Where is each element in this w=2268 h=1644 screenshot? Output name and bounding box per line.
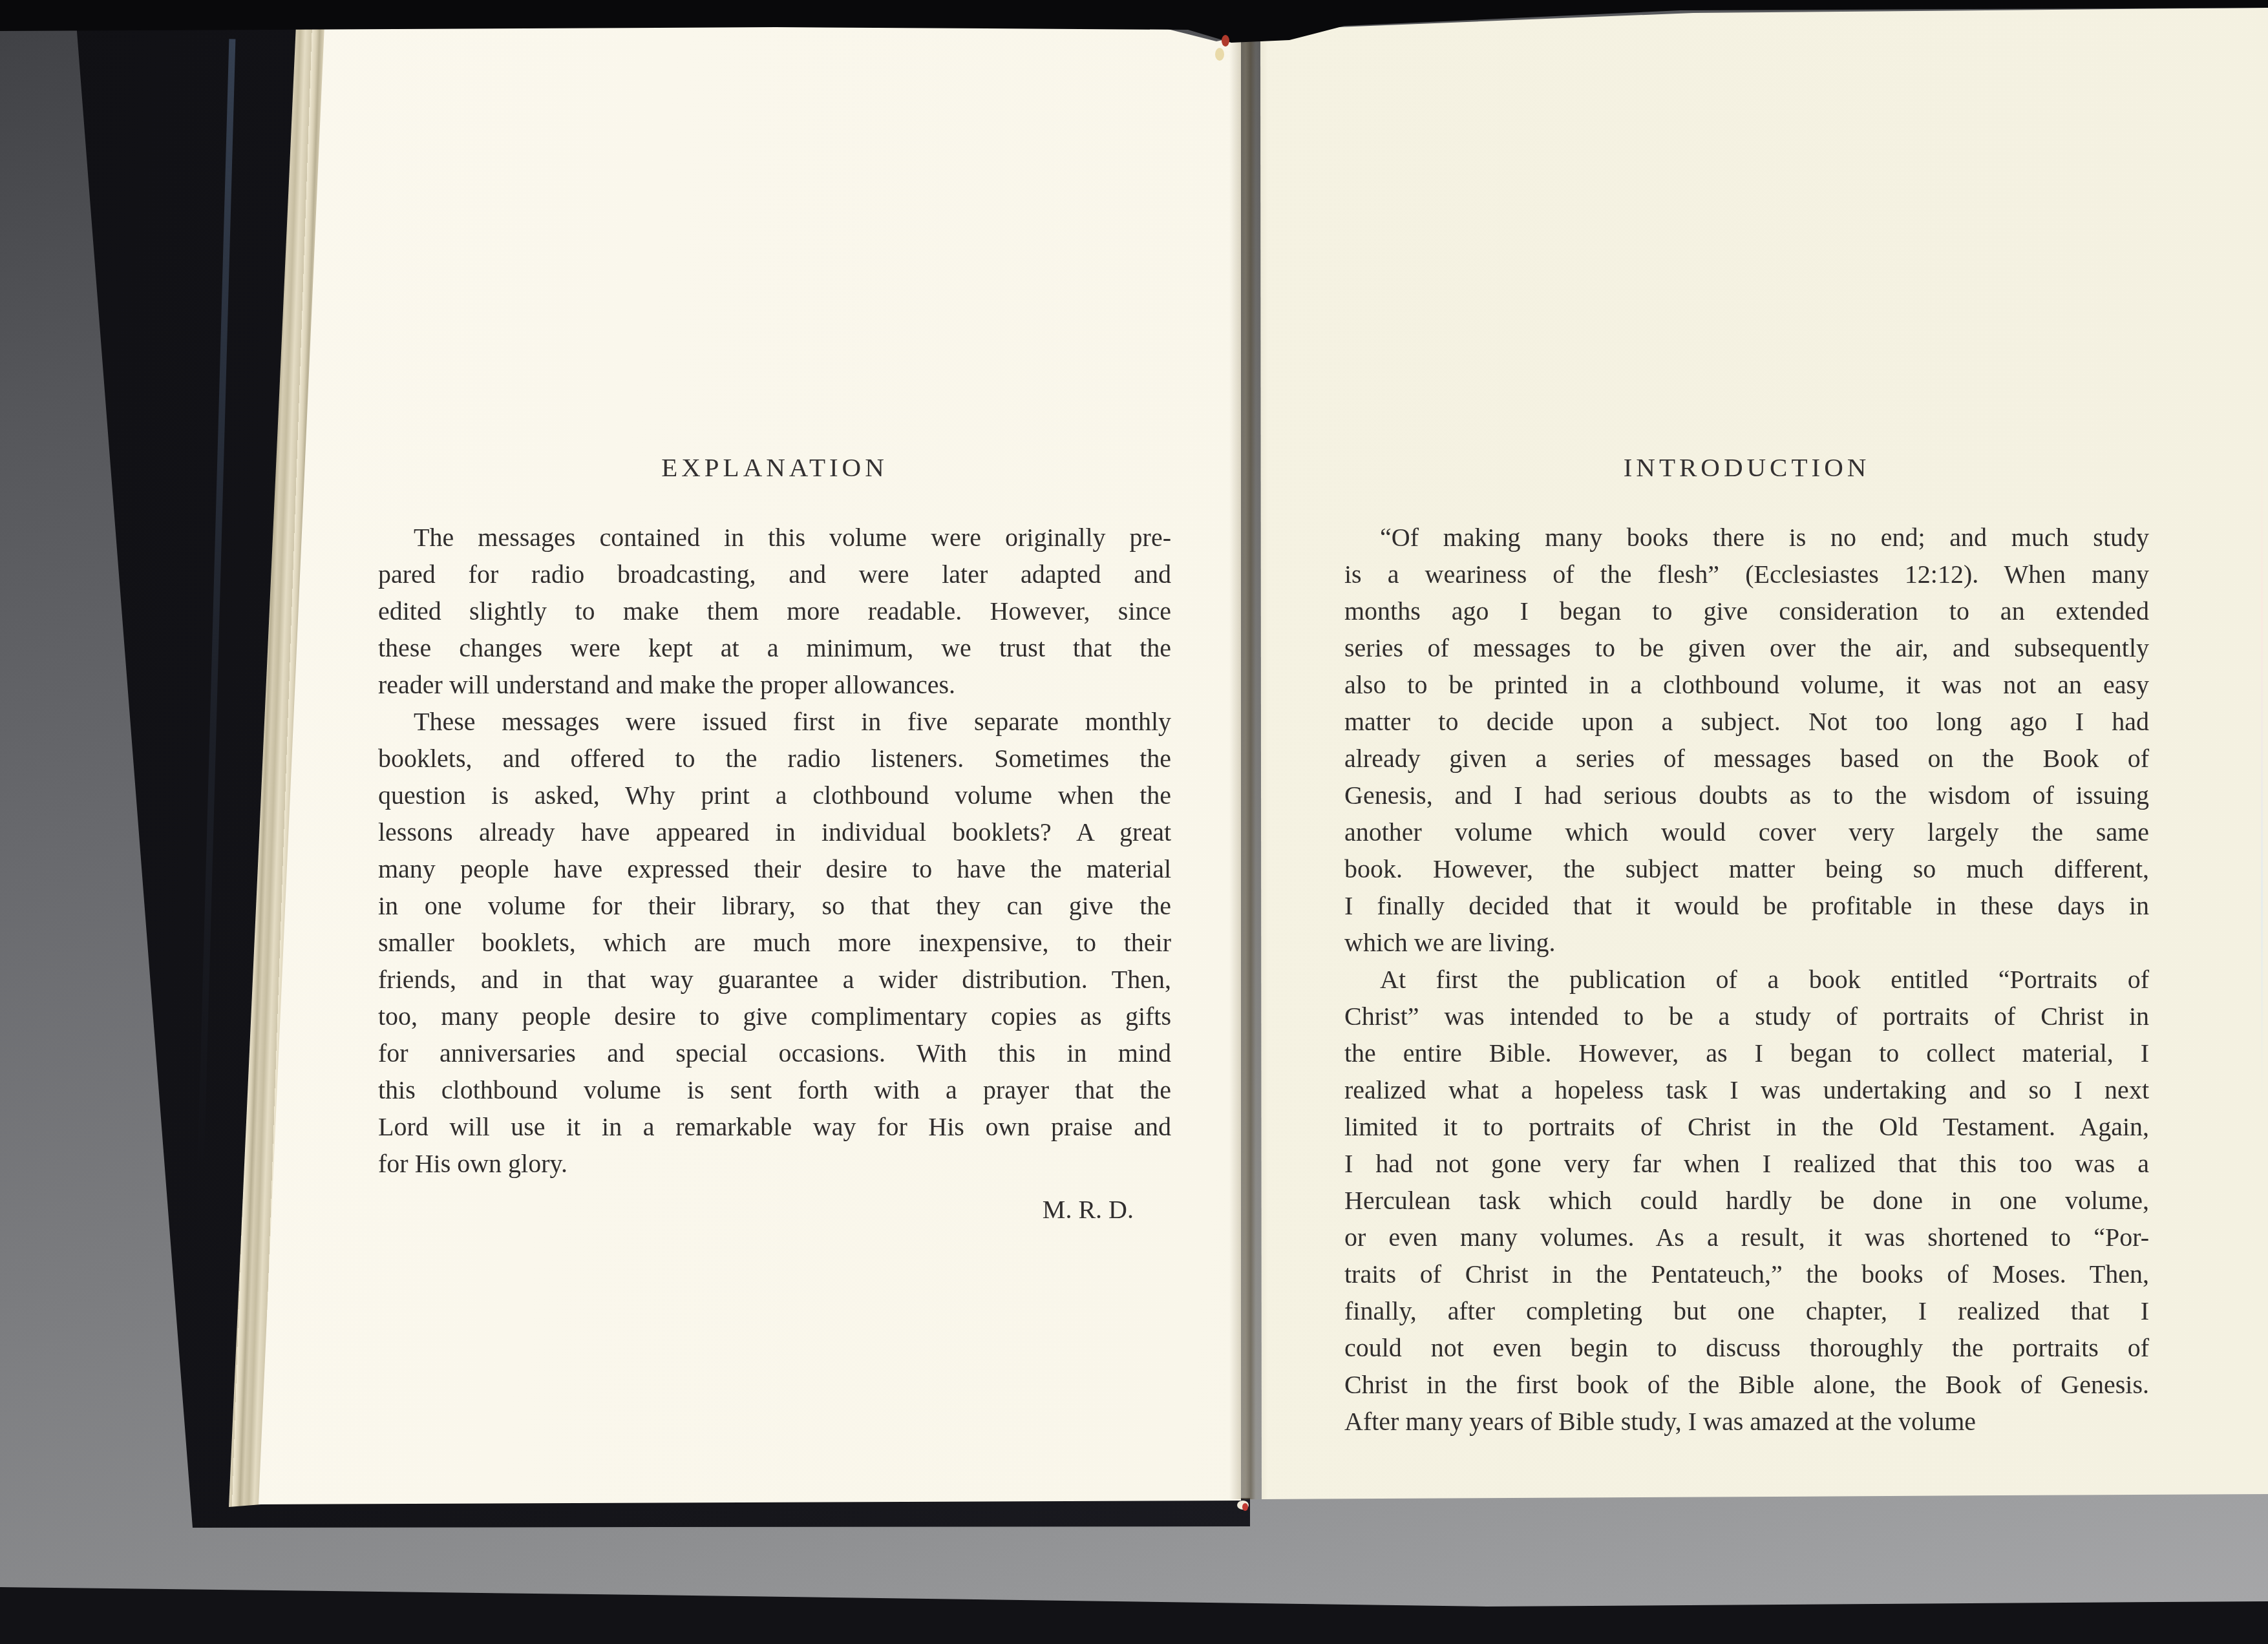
text-line: question is asked, Why print a clothboun… <box>378 777 1171 814</box>
text-line: another volume which would cover very la… <box>1344 814 2149 850</box>
right-page-text: INTRODUCTION “Of making many books there… <box>1344 452 2149 1440</box>
text-line: booklets, and offered to the radio liste… <box>378 740 1171 777</box>
text-line: limited it to portraits of Christ in the… <box>1344 1108 2149 1145</box>
text-line: lessons already have appeared in individ… <box>378 814 1171 850</box>
text-line: I finally decided that it would be profi… <box>1344 887 2149 924</box>
text-line: many people have expressed their desire … <box>378 850 1171 887</box>
headband-speck-bottom-red <box>1242 1503 1248 1511</box>
text-line: which we are living. <box>1344 924 2149 961</box>
text-line: finally, after completing but one chapte… <box>1344 1292 2149 1329</box>
text-line: smaller booklets, which are much more in… <box>378 924 1171 961</box>
text-line: At first the publication of a book entit… <box>1344 961 2149 998</box>
text-line: too, many people desire to give complime… <box>378 998 1171 1035</box>
text-line: Herculean task which could hardly be don… <box>1344 1182 2149 1219</box>
right-page-heading: INTRODUCTION <box>1344 452 2149 482</box>
paragraph: At first the publication of a book entit… <box>1344 961 2149 1440</box>
text-line: matter to decide upon a subject. Not too… <box>1344 703 2149 740</box>
text-line: in one volume for their library, so that… <box>378 887 1171 924</box>
text-line: book. However, the subject matter being … <box>1344 850 2149 887</box>
text-line: these changes were kept at a minimum, we… <box>378 629 1171 666</box>
text-line: Genesis, and I had serious doubts as to … <box>1344 777 2149 814</box>
headband-speck-top-cream <box>1215 48 1224 61</box>
left-page-text: EXPLANATION The messages contained in th… <box>378 452 1171 1228</box>
text-line: this clothbound volume is sent forth wit… <box>378 1071 1171 1108</box>
text-line: is a weariness of the flesh” (Ecclesiast… <box>1344 556 2149 593</box>
paragraph: “Of making many books there is no end; a… <box>1344 519 2149 961</box>
text-line: also to be printed in a clothbound volum… <box>1344 666 2149 703</box>
text-line: After many years of Bible study, I was a… <box>1344 1403 2149 1440</box>
text-line: These messages were issued first in five… <box>378 703 1171 740</box>
text-line: edited slightly to make them more readab… <box>378 593 1171 629</box>
text-line: I had not gone very far when I realized … <box>1344 1145 2149 1182</box>
text-line: traits of Christ in the Pentateuch,” the… <box>1344 1256 2149 1292</box>
text-line: Christ” was intended to be a study of po… <box>1344 998 2149 1035</box>
text-line: realized what a hopeless task I was unde… <box>1344 1071 2149 1108</box>
text-line: Christ in the first book of the Bible al… <box>1344 1366 2149 1403</box>
text-line: friends, and in that way guarantee a wid… <box>378 961 1171 998</box>
paragraph: These messages were issued first in five… <box>378 703 1171 1182</box>
text-line: for anniversaries and special occasions.… <box>378 1035 1171 1071</box>
text-line: already given a series of messages based… <box>1344 740 2149 777</box>
text-line: months ago I began to give consideration… <box>1344 593 2149 629</box>
text-line: reader will understand and make the prop… <box>378 666 1171 703</box>
text-line: series of messages to be given over the … <box>1344 629 2149 666</box>
author-initials: M. R. D. <box>378 1191 1171 1228</box>
scanned-book-spread: EXPLANATION The messages contained in th… <box>0 0 2268 1644</box>
scan-artifact-line <box>2261 401 2263 1112</box>
text-line: the entire Bible. However, as I began to… <box>1344 1035 2149 1071</box>
text-line: could not even begin to discuss thorough… <box>1344 1329 2149 1366</box>
text-line: for His own glory. <box>378 1145 1171 1182</box>
text-line: pared for radio broadcasting, and were l… <box>378 556 1171 593</box>
gutter-seam <box>1229 27 1268 1499</box>
paragraph: The messages contained in this volume we… <box>378 519 1171 703</box>
text-line: Lord will use it in a remarkable way for… <box>378 1108 1171 1145</box>
text-line: or even many volumes. As a result, it wa… <box>1344 1219 2149 1256</box>
text-line: The messages contained in this volume we… <box>378 519 1171 556</box>
left-page-heading: EXPLANATION <box>378 452 1171 482</box>
text-line: “Of making many books there is no end; a… <box>1344 519 2149 556</box>
headband-speck-top <box>1222 35 1229 47</box>
